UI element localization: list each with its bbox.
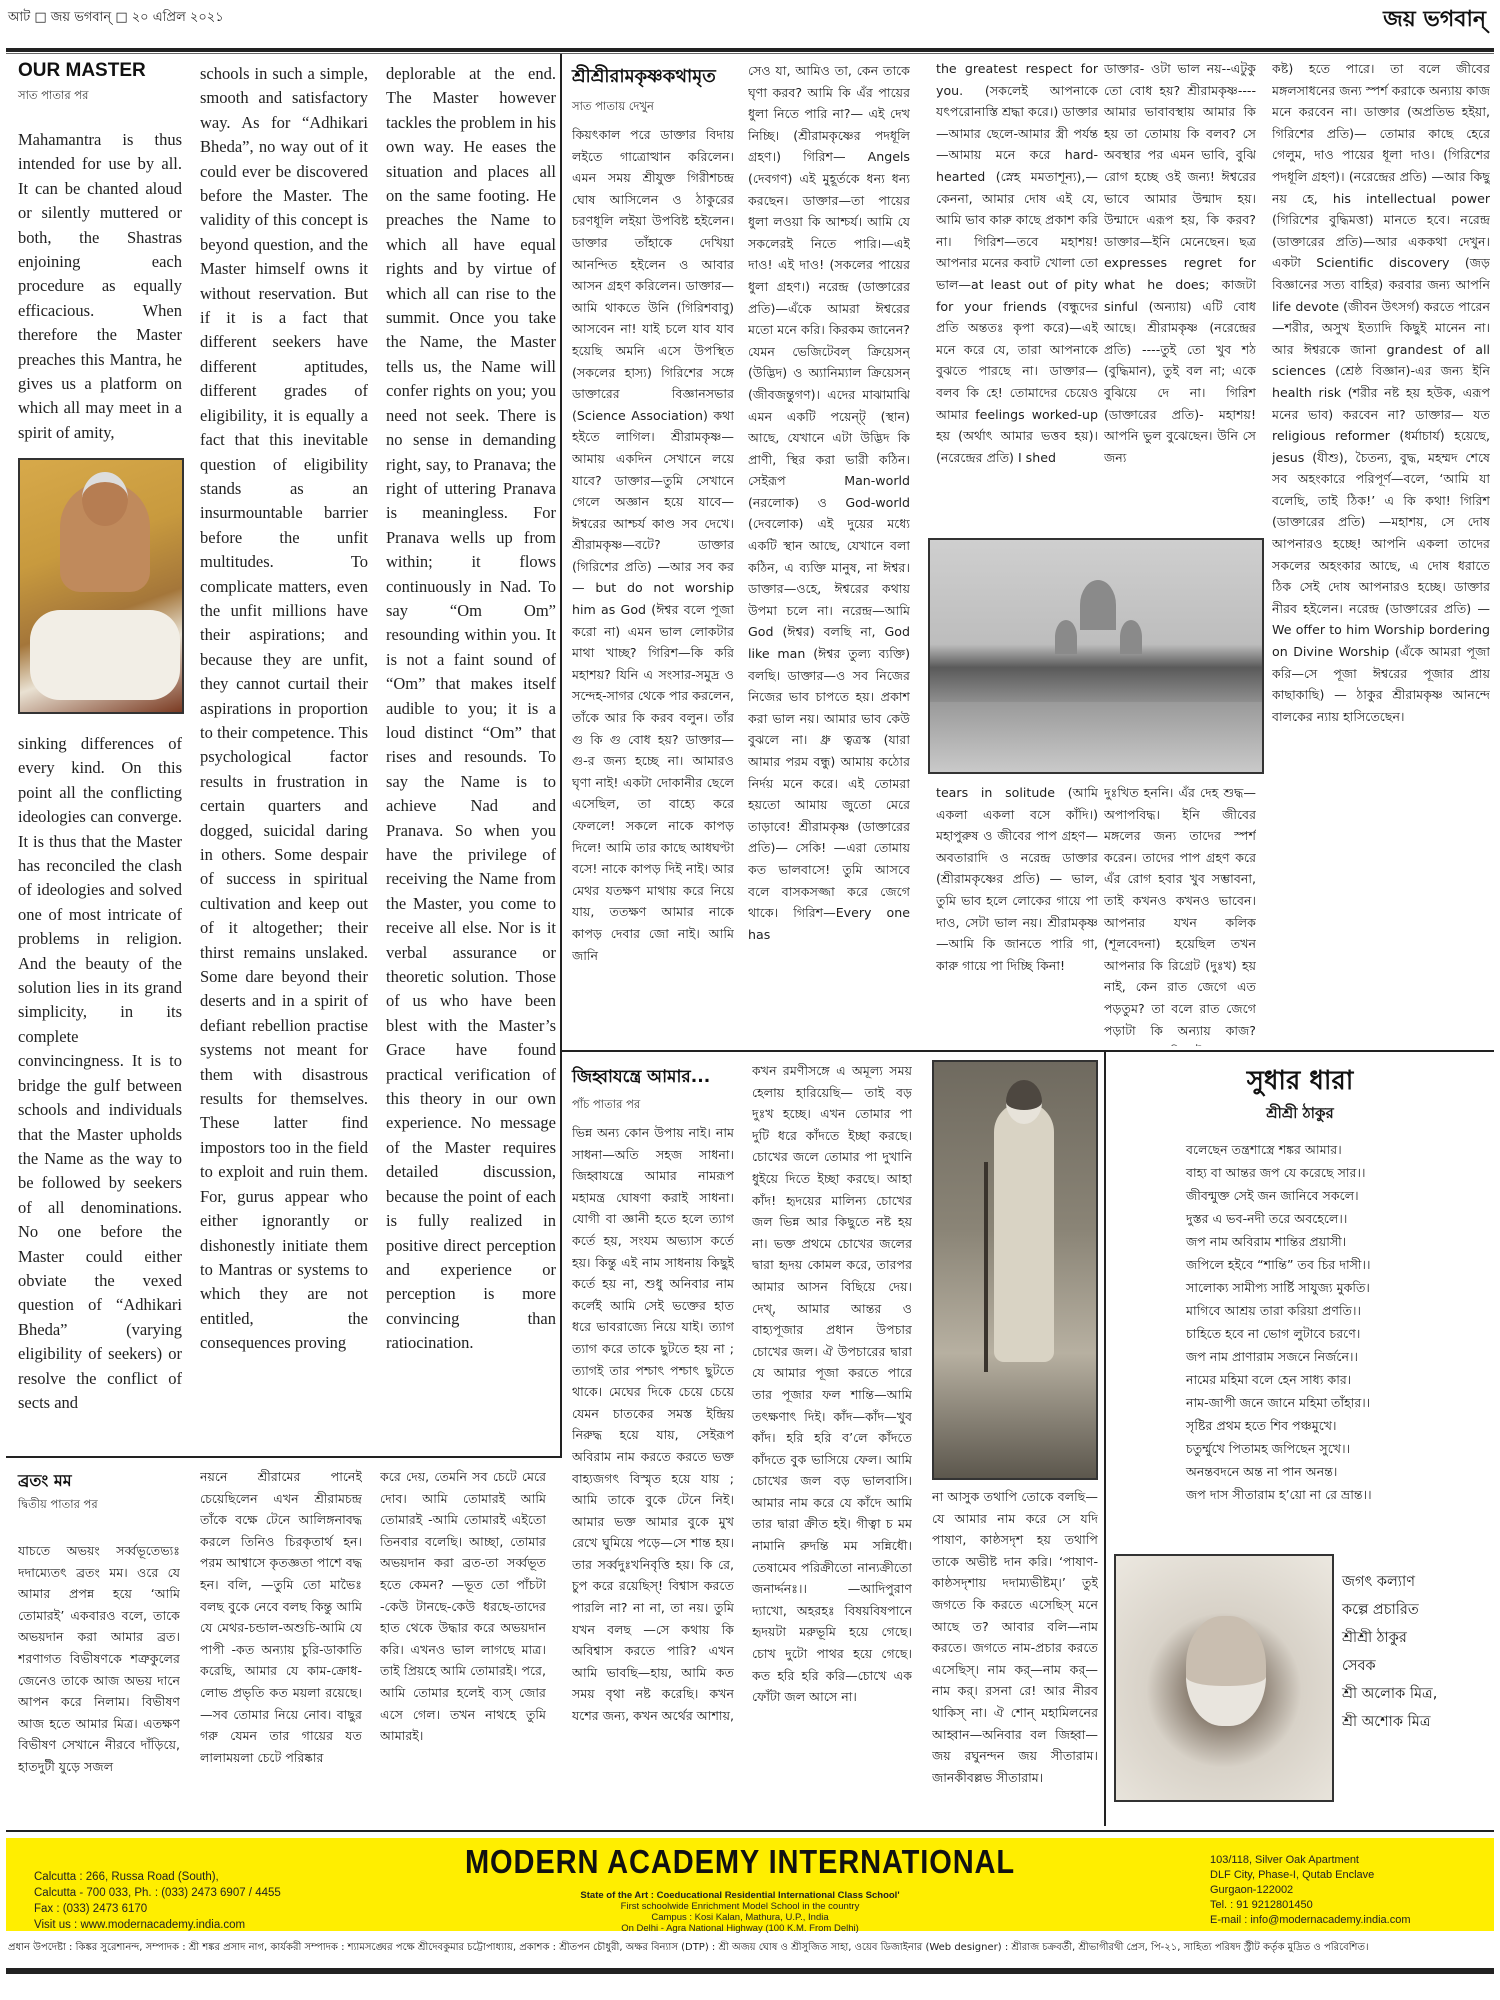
kathamrita-col4-top: ডাক্তার- ওটা ভাল নয়--এটুকু তো বোধ হয়? … xyxy=(1104,58,1256,528)
kathamrita-col2: সেও যা, আমিও তা, কেন তাকে ঘৃণা করব? আমি … xyxy=(748,60,910,1046)
jihvayantre-headline: জিহ্বাযন্ত্রে আমার... xyxy=(572,1064,710,1092)
bottom-rule xyxy=(6,1968,1494,1974)
top-rule xyxy=(6,48,1494,52)
jihvayantre-col3: না আসুক তথাপি তোকে বলছি—যে আমার নাম করে … xyxy=(932,1486,1098,1820)
master-photo xyxy=(18,458,184,714)
ad-gurgaon-address: 103/118, Silver Oak Apartment DLF City, … xyxy=(1210,1853,1411,1928)
poem-line: সৃষ্টির প্রথম হতে শিব পঞ্চমুখে। xyxy=(1186,1414,1486,1437)
ad-calcutta-address: Calcutta : 266, Russa Road (South), Calc… xyxy=(34,1869,281,1933)
sudhar-dhara-author: শ্রীশ্রী ঠাকুর xyxy=(1106,1102,1494,1127)
section-divider xyxy=(560,1050,1494,1052)
poem-line: জপ দাস সীতারাম হ’য়ো না রে ভ্রান্ত।। xyxy=(1186,1483,1486,1506)
ad-title: MODERN ACADEMY INTERNATIONAL xyxy=(441,1843,1039,1881)
kathamrita-headline: শ্রীশ্রীরামকৃষ্ণকথামৃত xyxy=(572,62,716,93)
section-divider xyxy=(6,1456,562,1458)
poem-line: মাগিবে আশ্রয় তারা করিয়া প্রণতি।। xyxy=(1186,1299,1486,1322)
poem-line: জীবন্মুক্ত সেই জন জানিবে সকলে। xyxy=(1186,1184,1486,1207)
poem-line: চাহিতে হবে না ভোগ লুটাবে চরণে। xyxy=(1186,1322,1486,1345)
page-date-line: আট □ জয় ভগবান্ □ ২০ এপ্রিল ২০২১ xyxy=(8,8,224,29)
poem-line: জপ নাম অবিরাম শান্তির প্রয়াসী। xyxy=(1186,1230,1486,1253)
poem-line: দুস্তর এ ভব-নদী তরে অবহেলে।। xyxy=(1186,1207,1486,1230)
kathamrita-col1: কিয়ৎকাল পরে ডাক্তার বিদায় লইতে গাত্রোত… xyxy=(572,124,734,1044)
kathamrita-col3-bottom: tears in solitude (আমি একলা একলা বসে কাঁ… xyxy=(936,782,1098,1042)
our-master-col3: deplorable at the end. The Master howeve… xyxy=(386,62,556,1442)
top-rule-thin xyxy=(6,53,1494,54)
poem-line: বলেছেন তন্ত্রশাস্ত্রে শঙ্কর আমার। xyxy=(1186,1138,1486,1161)
section-divider xyxy=(6,1830,1494,1832)
poem-line: সালোক্য সামীপ্য সার্ষ্টি সাযুজ্য মুকতি। xyxy=(1186,1276,1486,1299)
poem-line: জপ নাম প্রাণারাম সজনে নির্জনে।। xyxy=(1186,1345,1486,1368)
kathamrita-col4-bottom: দুঃখিত হননি। এঁর দেহ শুদ্ধ—অপাপবিদ্ধ। ইন… xyxy=(1104,782,1256,1046)
sudhar-dhara-headline: সুধার ধারা xyxy=(1106,1060,1494,1104)
kathamrita-col3-top: the greatest respect for you. (সকলেই আপন… xyxy=(936,58,1098,482)
bratam-mama-headline: ব্রতং মম xyxy=(18,1468,72,1495)
temple-photo xyxy=(928,538,1264,774)
our-master-col1-bottom: sinking differences of every kind. On th… xyxy=(18,732,182,1462)
poem-line: বাহ্য বা আন্তর জপ যে করেছে সার।। xyxy=(1186,1161,1486,1184)
ad-campus-info: State of the Art : Coeducational Residen… xyxy=(460,1890,1020,1934)
bratam-mama-col2: নয়নে শ্রীরামের পানেই চেয়েছিলেন এখন শ্র… xyxy=(200,1466,362,1830)
bratam-mama-col1: যাচতে অভয়ং সর্ব্বভূতেভ্যঃ দদাম্যেতৎ ব্র… xyxy=(18,1540,180,1830)
poem-line: জপিলে হইবে “শান্তি” তব চির দাসী।। xyxy=(1186,1253,1486,1276)
column-divider xyxy=(560,54,562,1456)
bratam-mama-kicker: দ্বিতীয় পাতার পর xyxy=(18,1496,98,1515)
our-master-headline: OUR MASTER xyxy=(18,60,146,82)
our-master-col1-top: Mahamantra is thus intended for use by a… xyxy=(18,128,182,445)
jihvayantre-col1: ভিন্ন অন্য কোন উপায় নাই। নাম সাধনা—অতি … xyxy=(572,1122,734,1822)
dedication: জগৎ কল্যাণ কল্পে প্রচারিত শ্রীশ্রী ঠাকুর… xyxy=(1342,1568,1490,1736)
editor-photo xyxy=(1114,1554,1334,1802)
poem-line: চতুর্ম্মুখে পিতামহ জপিছেন সুখে।। xyxy=(1186,1437,1486,1460)
jihvayantre-kicker: পাঁচ পাতার পর xyxy=(572,1096,640,1115)
kathamrita-col5: কষ্ট) হতে পারে। তা বলে জীবের মঙ্গলসাধনের… xyxy=(1272,58,1490,1008)
poem: বলেছেন তন্ত্রশাস্ত্রে শঙ্কর আমার। বাহ্য … xyxy=(1186,1138,1486,1506)
sadhu-photo xyxy=(932,1060,1098,1480)
poem-line: নামের মহিমা বলে হেন সাধ্য কার। xyxy=(1186,1368,1486,1391)
poem-line: অনন্তবদনে অন্ত না পান অনন্ত। xyxy=(1186,1460,1486,1483)
our-master-kicker: সাত পাতার পর xyxy=(18,87,88,106)
column-divider xyxy=(1104,1050,1106,1826)
kathamrita-kicker: সাত পাতায় দেখুন xyxy=(572,98,654,117)
bratam-mama-col3: করে দেয়, তেমনি সব চেটে মেরে দোব। আমি তো… xyxy=(380,1466,546,1830)
jihvayantre-col2: কখন রমণীসঙ্গে এ অমূল্য সময় হেলায় হারিয… xyxy=(752,1060,912,1820)
footer-credits: প্রধান উপদেষ্টা : কিঙ্কর সুরেশানন্দ, সম্… xyxy=(8,1940,1494,1957)
newspaper-name: জয় ভগবান্ xyxy=(1383,2,1486,39)
our-master-col2: schools in such a simple, smooth and sat… xyxy=(200,62,368,1460)
poem-line: নাম-জাপী জনে জানে মহিমা তাঁহার।। xyxy=(1186,1391,1486,1414)
